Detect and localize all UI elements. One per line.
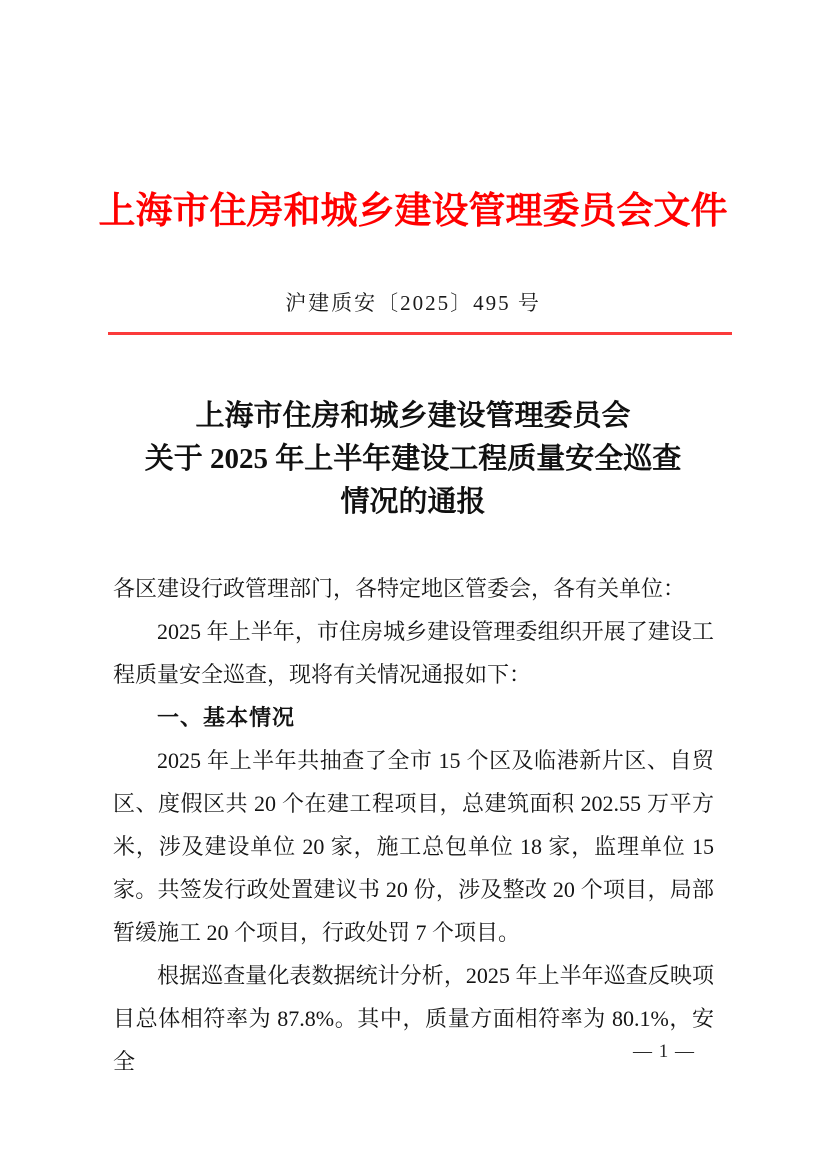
red-separator-line: [108, 332, 732, 335]
document-title-line-1: 上海市住房和城乡建设管理委员会: [93, 395, 733, 438]
document-number: 沪建质安〔2025〕495 号: [0, 290, 826, 316]
document-body: 各区建设行政管理部门，各特定地区管委会，各有关单位： 2025 年上半年，市住房…: [113, 567, 714, 1083]
paragraph-statistics: 根据巡查量化表数据统计分析，2025 年上半年巡查反映项目总体相符率为 87.8…: [113, 954, 714, 1083]
paragraph-inspection-summary: 2025 年上半年共抽查了全市 15 个区及临港新片区、自贸区、度假区共 20 …: [113, 739, 714, 954]
letterhead-title: 上海市住房和城乡建设管理委员会文件: [0, 191, 826, 233]
salutation: 各区建设行政管理部门，各特定地区管委会，各有关单位：: [113, 567, 714, 610]
document-page: 上海市住房和城乡建设管理委员会文件 沪建质安〔2025〕495 号 上海市住房和…: [0, 0, 826, 1169]
section-heading-basic-situation: 一、基本情况: [113, 696, 714, 739]
paragraph-intro: 2025 年上半年，市住房城乡建设管理委组织开展了建设工程质量安全巡查，现将有关…: [113, 610, 714, 696]
document-title-line-3: 情况的通报: [93, 481, 733, 524]
document-title-line-2: 关于 2025 年上半年建设工程质量安全巡查: [93, 438, 733, 481]
page-number: — 1 —: [633, 1040, 695, 1064]
document-title: 上海市住房和城乡建设管理委员会 关于 2025 年上半年建设工程质量安全巡查 情…: [93, 395, 733, 524]
